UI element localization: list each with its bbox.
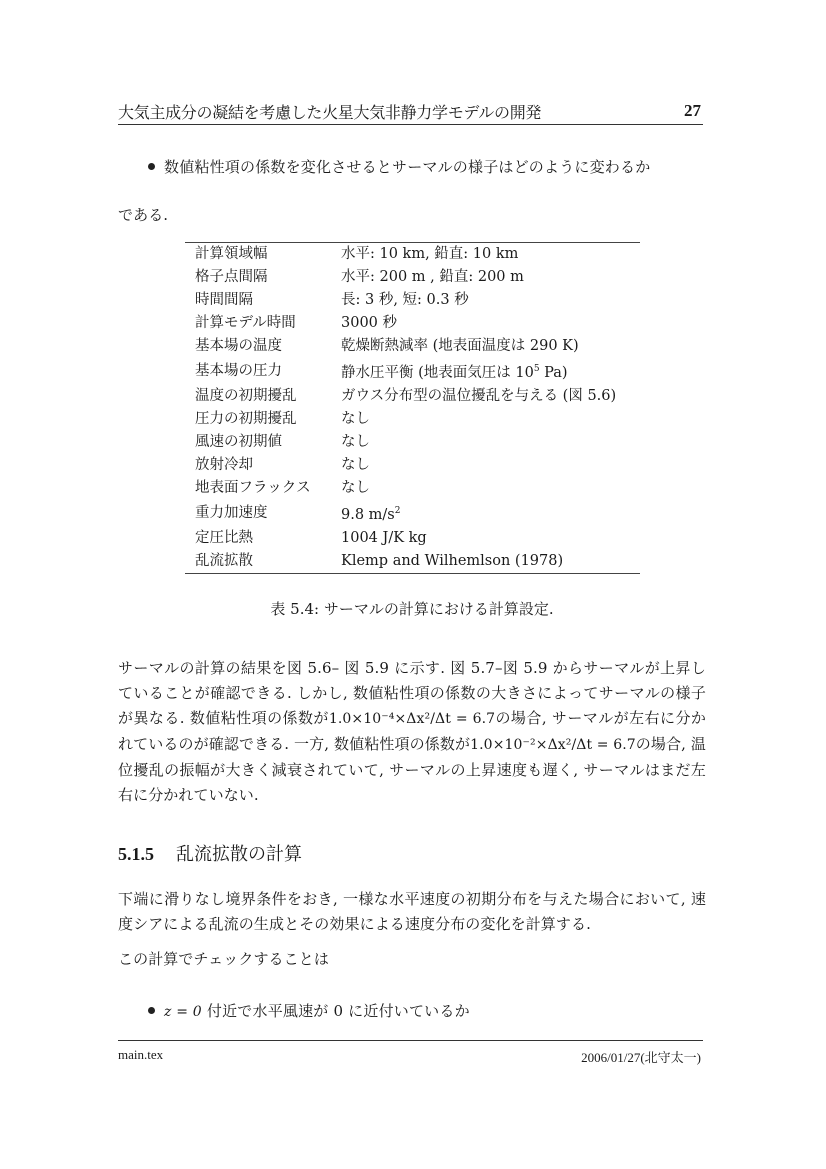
math-expression-1: 1.0×10⁻⁴×Δx²/Δt = 6.7 [329, 711, 495, 727]
setting-name: 重力加速度 [185, 500, 331, 527]
setting-value: 水平: 200 m , 鉛直: 200 m [331, 266, 640, 289]
setting-name: 基本場の圧力 [185, 358, 331, 385]
section-number: 5.1.5 [118, 844, 154, 864]
setting-name: 基本場の温度 [185, 335, 331, 358]
table-row: 風速の初期値なし [185, 431, 640, 454]
check-bullet-item: z = 0 付近で水平風速が 0 に近付いているか [148, 1000, 470, 1021]
setting-value: なし [331, 454, 640, 477]
table-caption: 表 5.4: サーマルの計算における計算設定. [118, 598, 706, 619]
setting-value: 1004 J/K kg [331, 527, 640, 550]
results-paragraph: サーマルの計算の結果を図 5.6– 図 5.9 に示す. 図 5.7–図 5.9… [118, 656, 706, 808]
table-row: 地表面フラックスなし [185, 477, 640, 500]
setting-value-exponent: 2 [395, 506, 401, 516]
setting-value: 長: 3 秒, 短: 0.3 秒 [331, 289, 640, 312]
table-row: 重力加速度9.8 m/s2 [185, 500, 640, 527]
bullet-icon [148, 1007, 155, 1014]
table-row: 放射冷却なし [185, 454, 640, 477]
setting-value: なし [331, 431, 640, 454]
setting-value-suffix: Pa) [540, 365, 568, 381]
setting-name: 放射冷却 [185, 454, 331, 477]
setting-value: 静水圧平衡 (地表面気圧は 105 Pa) [331, 358, 640, 385]
setting-value: 3000 秒 [331, 312, 640, 335]
setting-name: 計算モデル時間 [185, 312, 331, 335]
setting-name: 温度の初期擾乱 [185, 385, 331, 408]
intro-end-text: である. [118, 203, 706, 228]
setting-value: 水平: 10 km, 鉛直: 10 km [331, 243, 640, 267]
table-row: 基本場の温度乾燥断熱減率 (地表面温度は 290 K) [185, 335, 640, 358]
running-title: 大気主成分の凝結を考慮した火星大気非静力学モデルの開発 [118, 100, 541, 123]
setting-value: なし [331, 477, 640, 500]
setting-value: なし [331, 408, 640, 431]
math-expression-2: 1.0×10⁻²×Δx²/Δt = 6.7 [470, 737, 636, 753]
section-title: 乱流拡散の計算 [176, 844, 302, 865]
setting-name: 風速の初期値 [185, 431, 331, 454]
running-header: 大気主成分の凝結を考慮した火星大気非静力学モデルの開発 27 [118, 100, 703, 125]
footer-filename: main.tex [118, 1047, 163, 1063]
setting-value-text: 静水圧平衡 (地表面気圧は 10 [341, 365, 534, 381]
setting-name: 定圧比熱 [185, 527, 331, 550]
settings-table: 計算領域幅水平: 10 km, 鉛直: 10 km格子点間隔水平: 200 m … [185, 242, 640, 574]
intro-bullet-item: 数値粘性項の係数を変化させるとサーマルの様子はどのように変わるか [148, 156, 650, 177]
setting-name: 地表面フラックス [185, 477, 331, 500]
settings-table-wrap: 計算領域幅水平: 10 km, 鉛直: 10 km格子点間隔水平: 200 m … [185, 242, 640, 574]
setting-value-text: 9.8 m/s [341, 507, 395, 523]
section-heading: 5.1.5乱流拡散の計算 [118, 840, 302, 866]
bullet-icon [148, 163, 155, 170]
table-row: 計算領域幅水平: 10 km, 鉛直: 10 km [185, 243, 640, 267]
table-row: 時間間隔長: 3 秒, 短: 0.3 秒 [185, 289, 640, 312]
setting-name: 圧力の初期擾乱 [185, 408, 331, 431]
setting-name: 格子点間隔 [185, 266, 331, 289]
intro-bullet-text: 数値粘性項の係数を変化させるとサーマルの様子はどのように変わるか [164, 158, 650, 176]
check-intro-text: この計算でチェックすることは [118, 947, 706, 972]
setting-value: 9.8 m/s2 [331, 500, 640, 527]
table-row: 圧力の初期擾乱なし [185, 408, 640, 431]
check-bullet-text: 付近で水平風速が 0 に近付いているか [202, 1002, 470, 1020]
check-math: z = 0 [164, 1004, 202, 1020]
setting-value: ガウス分布型の温位擾乱を与える (図 5.6) [331, 385, 640, 408]
setting-name: 時間間隔 [185, 289, 331, 312]
footer-date-author: 2006/01/27(北守太一) [581, 1047, 701, 1066]
setting-name: 計算領域幅 [185, 243, 331, 267]
setting-value: Klemp and Wilhemlson (1978) [331, 550, 640, 574]
table-row: 乱流拡散Klemp and Wilhemlson (1978) [185, 550, 640, 574]
page-footer: main.tex 2006/01/27(北守太一) [118, 1040, 703, 1063]
setting-value: 乾燥断熱減率 (地表面温度は 290 K) [331, 335, 640, 358]
table-row: 基本場の圧力静水圧平衡 (地表面気圧は 105 Pa) [185, 358, 640, 385]
page-number: 27 [684, 101, 701, 121]
table-row: 格子点間隔水平: 200 m , 鉛直: 200 m [185, 266, 640, 289]
table-row: 計算モデル時間3000 秒 [185, 312, 640, 335]
section-paragraph: 下端に滑りなし境界条件をおき, 一様な水平速度の初期分布を与えた場合において, … [118, 887, 706, 937]
table-row: 温度の初期擾乱ガウス分布型の温位擾乱を与える (図 5.6) [185, 385, 640, 408]
table-row: 定圧比熱1004 J/K kg [185, 527, 640, 550]
setting-name: 乱流拡散 [185, 550, 331, 574]
